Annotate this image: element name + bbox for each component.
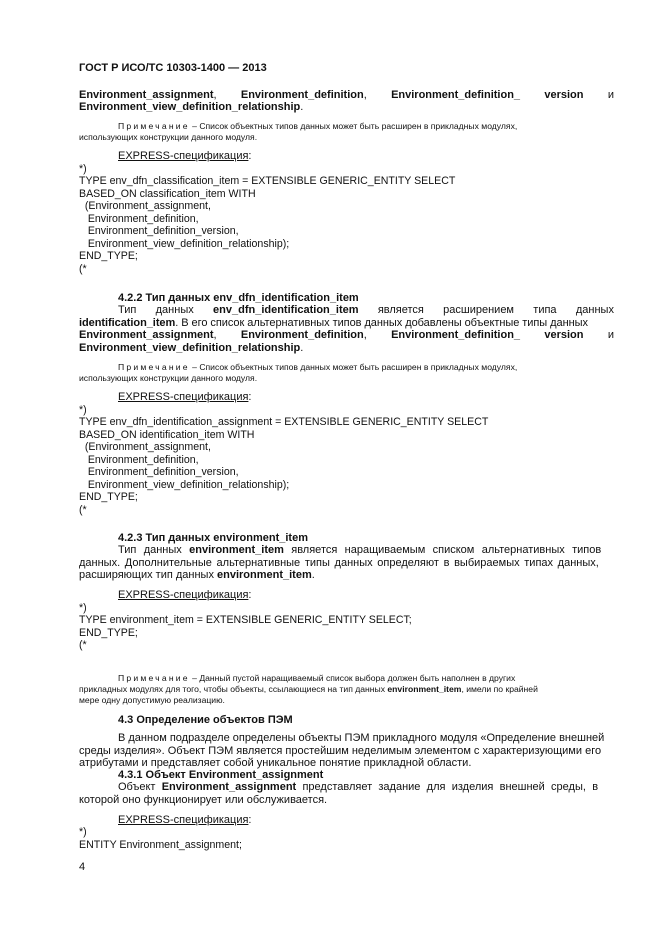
paragraph-line: атрибутами и представляет собой уникальн… [79,757,471,769]
paragraph-line: Environment_assignment, Environment_defi… [79,329,614,341]
note-line: мере одну допустимую реализацию. [79,695,225,706]
section-heading: 4.2.2 Тип данных env_dfn_identification_… [79,292,359,304]
note-label: Примечание [118,673,190,683]
code-line: END_TYPE; [79,250,138,262]
code-line: Environment_view_definition_relationship… [79,479,289,491]
note-line: использующих конструкции данного модуля. [79,132,257,143]
paragraph-line: данных. Дополнительные альтернативные ти… [79,557,599,569]
code-line: (* [79,639,87,651]
code-line: TYPE environment_item = EXTENSIBLE GENER… [79,614,412,626]
code-line: TYPE env_dfn_classification_item = EXTEN… [79,175,455,187]
note: Примечание – Список объектных типов данн… [79,362,517,373]
code-line: Environment_view_definition_relationship… [79,238,289,250]
paragraph-line: Объект Environment_assignment представля… [79,781,598,793]
code-line: END_TYPE; [79,627,138,639]
express-spec-label: EXPRESS-спецификация: [79,150,251,162]
code-line: ENTITY Environment_assignment; [79,839,242,851]
paragraph-line: которой оно функционирует или обслуживае… [79,794,327,806]
code-line: END_TYPE; [79,491,138,503]
paragraph-continuation-line: Environment_view_definition_relationship… [79,101,303,113]
paragraph-line: Тип данных environment_item является нар… [79,544,601,556]
section-heading: 4.2.3 Тип данных environment_item [79,532,308,544]
note-label: Примечание [118,121,190,131]
note-line: использующих конструкции данного модуля. [79,373,257,384]
code-line: (* [79,504,87,516]
paragraph-line: Тип данных env_dfn_identification_item я… [79,304,614,316]
note-line: прикладных модулях для того, чтобы объек… [79,684,538,695]
code-line: Environment_definition_version, [79,466,239,478]
document-header: ГОСТ Р ИСО/ТС 10303-1400 — 2013 [79,62,267,74]
code-line: *) [79,826,87,838]
code-line: TYPE env_dfn_identification_assignment =… [79,416,488,428]
code-line: *) [79,163,87,175]
section-heading: 4.3 Определение объектов ПЭМ [79,714,293,726]
note: Примечание – Список объектных типов данн… [79,121,517,132]
code-line: *) [79,602,87,614]
code-line: Environment_definition, [79,213,199,225]
code-line: *) [79,404,87,416]
code-line: Environment_definition, [79,454,199,466]
paragraph-line: identification_item. В его список альтер… [79,317,614,329]
express-spec-label: EXPRESS-спецификация: [79,814,251,826]
section-heading: 4.3.1 Объект Environment_assignment [79,769,323,781]
express-spec-label: EXPRESS-спецификация: [79,391,251,403]
code-line: BASED_ON classification_item WITH [79,188,256,200]
code-line: (Environment_assignment, [79,200,211,212]
code-line: (* [79,263,87,275]
note-label: Примечание [118,362,190,372]
code-line: Environment_definition_version, [79,225,239,237]
code-line: BASED_ON identification_item WITH [79,429,254,441]
paragraph-line: расширяющих тип данных environment_item. [79,569,315,581]
paragraph-line: В данном подразделе определены объекты П… [79,732,604,744]
paragraph-line: среды изделия». Объект ПЭМ является прос… [79,745,601,757]
express-spec-label: EXPRESS-спецификация: [79,589,251,601]
paragraph-line: Environment_view_definition_relationship… [79,342,303,354]
note: Примечание – Данный пустой наращиваемый … [79,673,515,684]
paragraph-continuation-line: Environment_assignment, Environment_defi… [79,89,614,101]
code-line: (Environment_assignment, [79,441,211,453]
page-number: 4 [79,861,85,873]
